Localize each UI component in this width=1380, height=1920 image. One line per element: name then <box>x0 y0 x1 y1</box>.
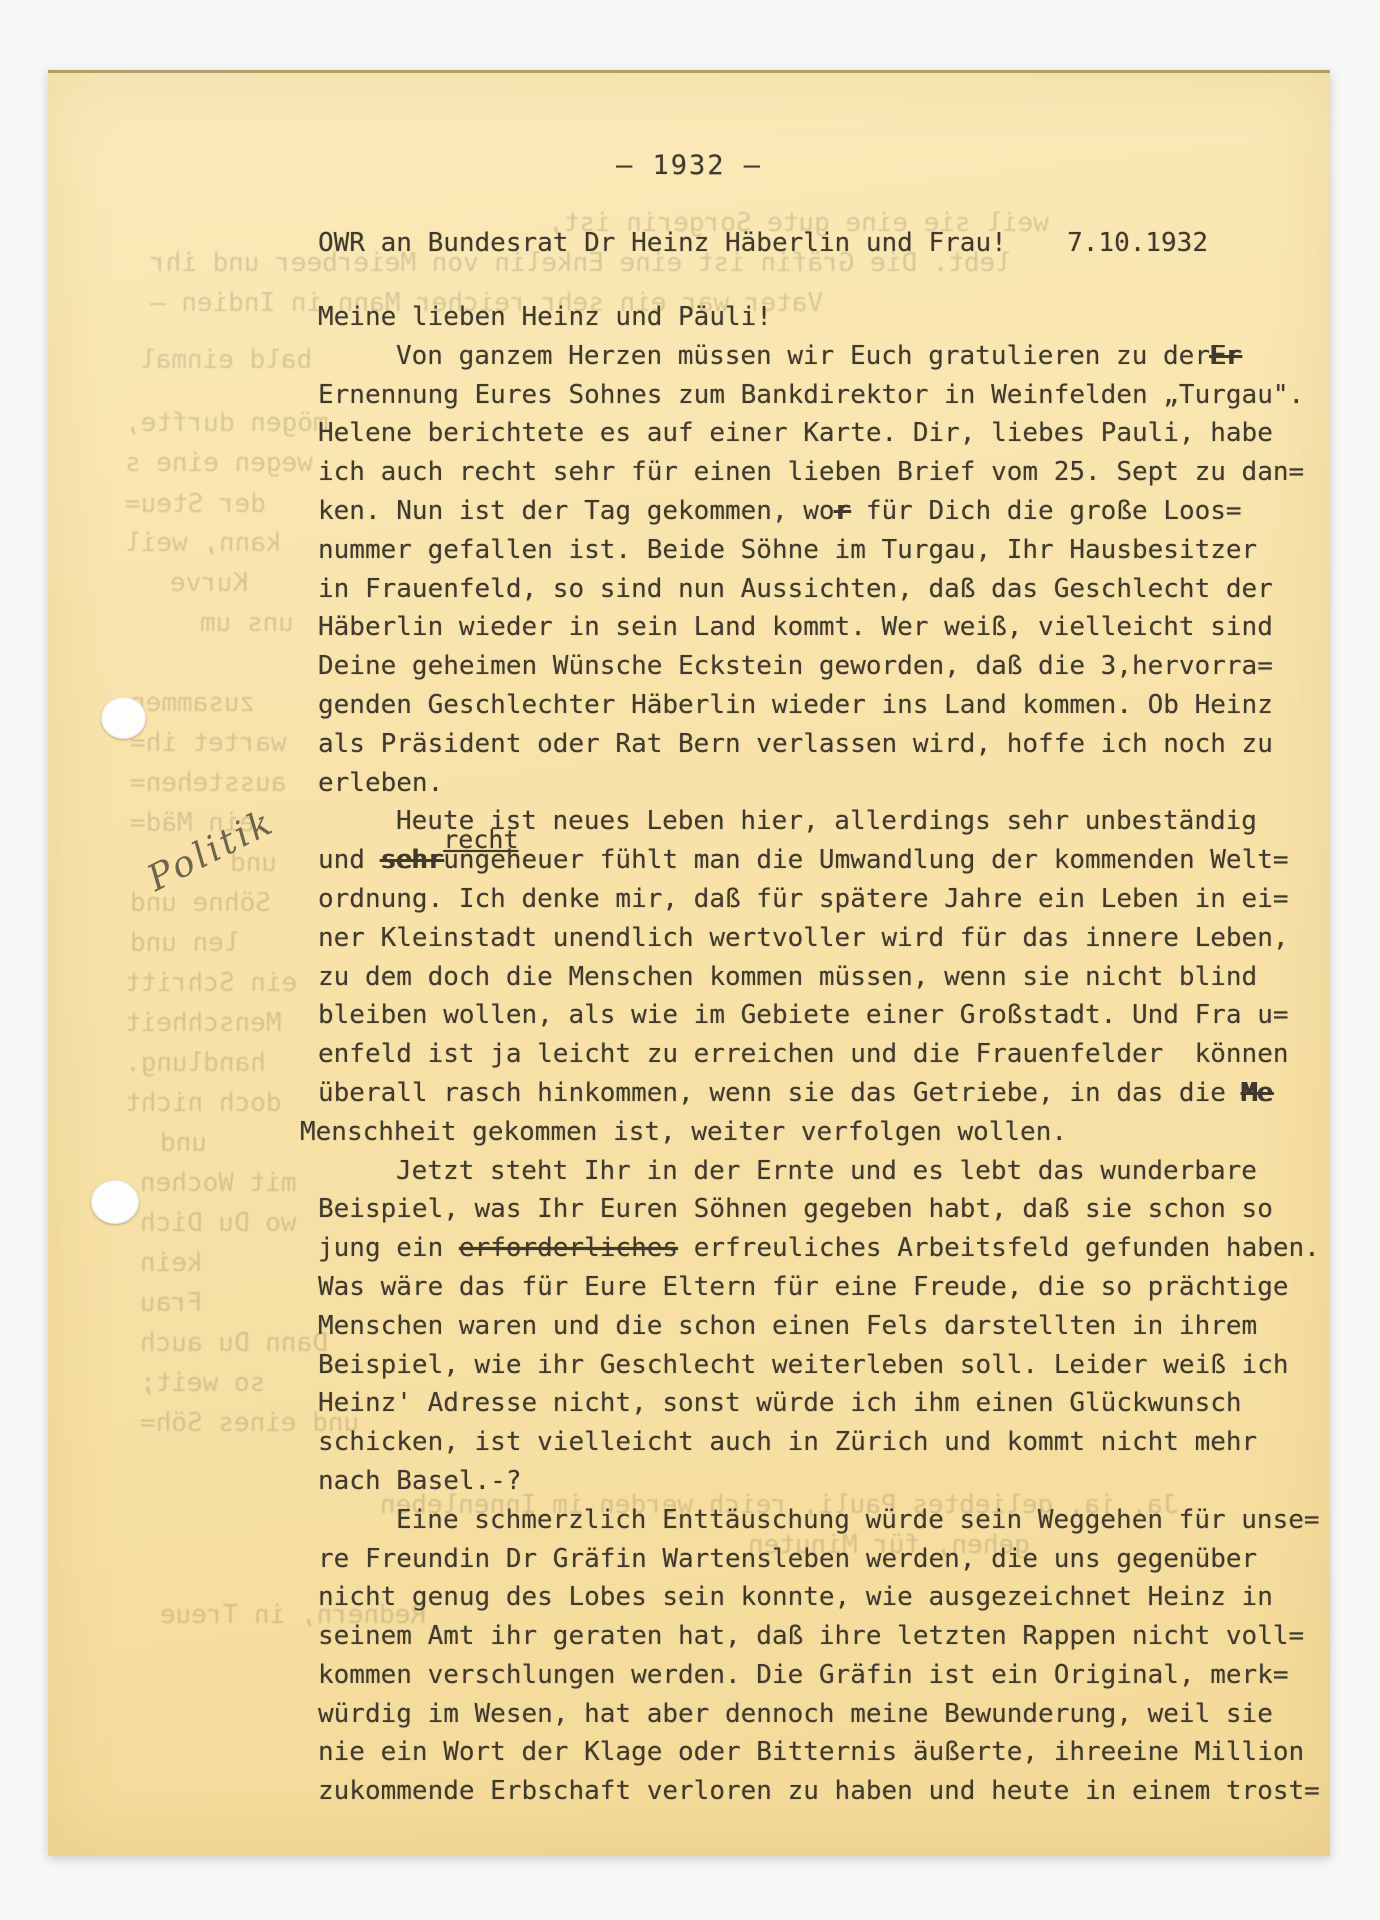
typed-line: erleben. <box>318 764 1328 803</box>
bleedthrough-text: ein Schritt <box>125 968 297 998</box>
typed-line: ich auch recht sehr für einen lieben Bri… <box>318 453 1328 492</box>
typed-line: re Freundin Dr Gräfin Wartensleben werde… <box>318 1540 1328 1579</box>
typed-line: nach Basel.-? <box>318 1462 1328 1501</box>
typed-line: genden Geschlechter Häberlin wieder ins … <box>318 686 1328 725</box>
typed-line: schicken, ist vielleicht auch in Zürich … <box>318 1423 1328 1462</box>
typed-line: Menschheit gekommen ist, weiter verfolge… <box>300 1113 1328 1152</box>
bleedthrough-text: Dann Du auch <box>140 1328 328 1358</box>
typed-line: in Frauenfeld, so sind nun Aussichten, d… <box>318 570 1328 609</box>
typed-line: Deine geheimen Wünsche Eckstein geworden… <box>318 647 1328 686</box>
bleedthrough-text: wo Du Dich <box>140 1208 297 1238</box>
bleedthrough-text: len und <box>130 928 240 958</box>
typed-line: ordnung. Ich denke mir, daß für spätere … <box>318 880 1328 919</box>
typed-line: Jetzt steht Ihr in der Ernte und es lebt… <box>318 1152 1328 1191</box>
typed-line: nicht genug des Lobes sein konnte, wie a… <box>318 1578 1328 1617</box>
punch-hole-bottom <box>91 1180 139 1224</box>
typed-line: würdig im Wesen, hat aber dennoch meine … <box>318 1695 1328 1734</box>
typed-line: bleiben wollen, als wie im Gebiete einer… <box>318 996 1328 1035</box>
bleedthrough-text: so weit; <box>140 1368 265 1398</box>
typed-line: kommen verschlungen werden. Die Gräfin i… <box>318 1656 1328 1695</box>
typed-line: jung ein erforderliches erfreuliches Arb… <box>318 1229 1328 1268</box>
bleedthrough-text: zusammen <box>130 688 255 718</box>
typed-line: überall rasch hinkommen, wenn sie das Ge… <box>318 1074 1328 1113</box>
bleedthrough-text: Frau <box>140 1288 203 1318</box>
bleedthrough-text: kann, weil <box>125 528 282 558</box>
bleedthrough-text: der Steu= <box>125 489 266 519</box>
bleedthrough-text: wartet ih= <box>130 728 287 758</box>
page-year-header: – 1932 – <box>48 150 1330 181</box>
typed-line: Meine lieben Heinz und Päuli! <box>318 298 1328 337</box>
bleedthrough-text: ausstehen= <box>130 768 287 798</box>
bleedthrough-text: doch nicht <box>125 1088 282 1118</box>
typed-line: Helene berichtete es auf einer Karte. Di… <box>318 414 1328 453</box>
typed-line: Beispiel, wie ihr Geschlecht weiterleben… <box>318 1346 1328 1385</box>
bleedthrough-text: mögen durfte, <box>125 408 329 438</box>
bleedthrough-text: Kurve <box>170 568 248 598</box>
bleedthrough-text: und <box>160 1128 207 1158</box>
typed-line: ner Kleinstadt unendlich wertvoller wird… <box>318 919 1328 958</box>
punch-hole-top <box>101 697 146 739</box>
typed-line: Von ganzem Herzen müssen wir Euch gratul… <box>318 337 1328 376</box>
recipient-line: OWR an Bundesrat Dr Heinz Häberlin und F… <box>318 228 1007 258</box>
handwritten-annotation: Politik <box>141 801 281 899</box>
letter-date: 7.10.1932 <box>1067 228 1208 258</box>
bleedthrough-text: wegen eine s <box>125 448 313 478</box>
bleedthrough-text: mit Wochen <box>140 1168 297 1198</box>
bleedthrough-text: kein <box>140 1248 203 1278</box>
typed-line: ken. Nun ist der Tag gekommen, wor für D… <box>318 492 1328 531</box>
typed-line: Ernennung Eures Sohnes zum Bankdirektor … <box>318 376 1328 415</box>
letter-body: Meine lieben Heinz und Päuli!Von ganzem … <box>318 298 1328 1811</box>
bleedthrough-text: bald einmal <box>140 345 312 375</box>
bleedthrough-text: uns um <box>200 608 294 638</box>
typed-line: Beispiel, was Ihr Euren Söhnen gegeben h… <box>318 1190 1328 1229</box>
typed-line: Heinz' Adresse nicht, sonst würde ich ih… <box>318 1384 1328 1423</box>
typed-line: Eine schmerzlich Enttäuschung würde sein… <box>318 1501 1328 1540</box>
typed-line: zu dem doch die Menschen kommen müssen, … <box>318 958 1328 997</box>
typed-line: als Präsident oder Rat Bern verlassen wi… <box>318 725 1328 764</box>
typed-line: und sehrrechtungeheuer fühlt man die Umw… <box>318 841 1328 880</box>
bleedthrough-text: Menschheit <box>125 1008 282 1038</box>
letter-page: weil sie eine gute Sorgerin ist,lebt. Di… <box>48 70 1330 1856</box>
typed-line: nummer gefallen ist. Beide Söhne im Turg… <box>318 531 1328 570</box>
typed-line: Häberlin wieder in sein Land kommt. Wer … <box>318 608 1328 647</box>
typed-line: Menschen waren und die schon einen Fels … <box>318 1307 1328 1346</box>
typed-line: seinem Amt ihr geraten hat, daß ihre let… <box>318 1617 1328 1656</box>
scan-background: weil sie eine gute Sorgerin ist,lebt. Di… <box>0 0 1380 1920</box>
typed-line: Was wäre das für Eure Eltern für eine Fr… <box>318 1268 1328 1307</box>
bleedthrough-text: handlung. <box>125 1048 266 1078</box>
address-row: OWR an Bundesrat Dr Heinz Häberlin und F… <box>318 228 1208 258</box>
bleedthrough-text: Söhne und <box>130 888 271 918</box>
typed-line: enfeld ist ja leicht zu erreichen und di… <box>318 1035 1328 1074</box>
typed-line: nie ein Wort der Klage oder Bitternis äu… <box>318 1733 1328 1772</box>
typed-line: zukommende Erbschaft verloren zu haben u… <box>318 1772 1328 1811</box>
